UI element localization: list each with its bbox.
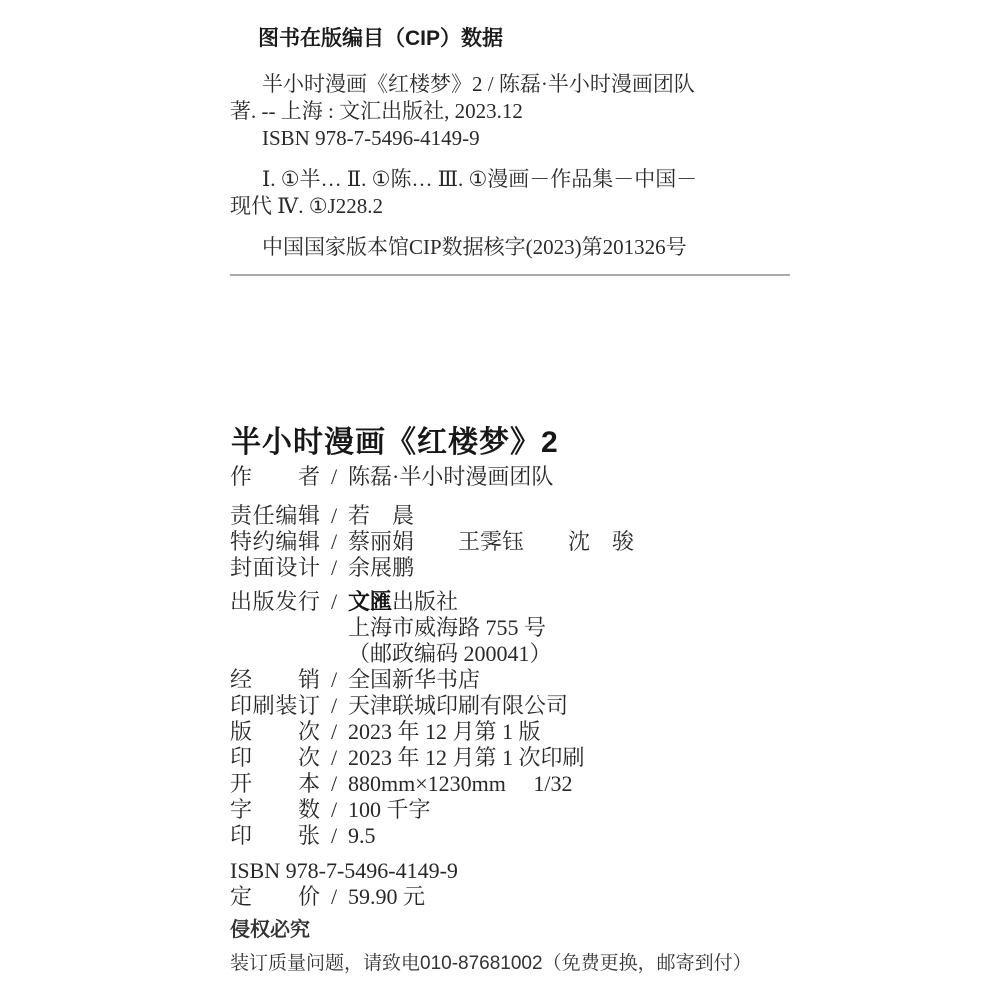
- copyright-page: 图书在版编目（CIP）数据 半小时漫画《红楼梦》2 / 陈磊·半小时漫画团队 著…: [0, 0, 1000, 1000]
- colophon-row-address: 上海市威海路 755 号: [230, 615, 850, 641]
- row-separator: [320, 641, 348, 667]
- cip-header: 图书在版编目（CIP）数据: [230, 26, 794, 52]
- row-label: [230, 641, 320, 667]
- colophon-row-postcode: （邮政编码 200041）: [230, 641, 850, 667]
- row-value: （邮政编码 200041）: [348, 641, 552, 667]
- row-label: 定 价: [230, 884, 320, 910]
- colophon-row-price: 定 价 / 59.90 元: [230, 884, 850, 910]
- copyright-notice: 侵权必究 装订质量问题，请致电010-87681002（免费更换，邮寄到付）: [230, 919, 752, 975]
- cip-classification-line-2: 现代 Ⅳ. ①J228.2: [230, 193, 794, 220]
- colophon-row-impression: 印 次 / 2023 年 12 月第 1 次印刷: [230, 745, 850, 771]
- colophon-row-format: 开 本 / 880mm×1230mm 1/32: [230, 771, 850, 797]
- row-separator: /: [320, 745, 348, 771]
- notice-title: 侵权必究: [230, 919, 752, 941]
- colophon-row-printing: 印刷装订 / 天津联城印刷有限公司: [230, 693, 850, 719]
- row-separator: /: [320, 503, 348, 529]
- row-label: 印刷装订: [230, 693, 320, 719]
- colophon-block: 作 者 / 陈磊·半小时漫画团队 责任编辑 / 若 晨 特约编辑 / 蔡丽娟 王…: [230, 464, 850, 910]
- row-label: 出版发行: [230, 589, 320, 615]
- row-value: 陈磊·半小时漫画团队: [348, 464, 553, 490]
- row-value: 蔡丽娟 王霁钰 沈 骏: [348, 529, 634, 555]
- row-label: 开 本: [230, 771, 320, 797]
- cip-block: 图书在版编目（CIP）数据 半小时漫画《红楼梦》2 / 陈磊·半小时漫画团队 著…: [230, 26, 794, 261]
- colophon-row-publisher: 出版发行 / 文匯出版社: [230, 589, 850, 615]
- row-value: 59.90 元: [348, 884, 425, 910]
- row-value: 上海市威海路 755 号: [348, 615, 546, 641]
- row-value: 天津联城印刷有限公司: [348, 693, 568, 719]
- row-label: 印 张: [230, 823, 320, 849]
- colophon-row-word-count: 字 数 / 100 千字: [230, 797, 850, 823]
- colophon-row-cover-design: 封面设计 / 余展鹏: [230, 555, 850, 581]
- row-separator: [320, 615, 348, 641]
- row-label: 责任编辑: [230, 503, 320, 529]
- row-separator: /: [320, 823, 348, 849]
- isbn-line: ISBN 978-7-5496-4149-9: [230, 858, 850, 884]
- row-label: 经 销: [230, 667, 320, 693]
- row-value: 880mm×1230mm 1/32: [348, 771, 572, 797]
- cip-register-number: 中国国家版本馆CIP数据核字(2023)第201326号: [230, 234, 794, 261]
- colophon-row-edition: 版 次 / 2023 年 12 月第 1 版: [230, 719, 850, 745]
- row-separator: /: [320, 529, 348, 555]
- row-separator: /: [320, 719, 348, 745]
- cip-record-line-1: 半小时漫画《红楼梦》2 / 陈磊·半小时漫画团队: [230, 71, 794, 98]
- row-label: 特约编辑: [230, 529, 320, 555]
- row-separator: /: [320, 797, 348, 823]
- colophon-row-sheets: 印 张 / 9.5: [230, 823, 850, 849]
- cip-record-isbn: ISBN 978-7-5496-4149-9: [230, 125, 794, 152]
- colophon-row-author: 作 者 / 陈磊·半小时漫画团队: [230, 464, 850, 490]
- row-value: 全国新华书店: [348, 667, 480, 693]
- row-value: 若 晨: [348, 503, 414, 529]
- colophon-row-editor: 责任编辑 / 若 晨: [230, 503, 850, 529]
- row-value: 2023 年 12 月第 1 版: [348, 719, 541, 745]
- horizontal-divider: [230, 274, 790, 276]
- publisher-logo-text: 文匯: [348, 589, 392, 614]
- cip-classification-line-1: Ⅰ. ①半… Ⅱ. ①陈… Ⅲ. ①漫画－作品集－中国－: [230, 166, 794, 193]
- row-value: 100 千字: [348, 797, 431, 823]
- row-label: 版 次: [230, 719, 320, 745]
- row-label: 印 次: [230, 745, 320, 771]
- publisher-suffix: 出版社: [392, 589, 458, 614]
- row-separator: /: [320, 464, 348, 490]
- colophon-row-distribution: 经 销 / 全国新华书店: [230, 667, 850, 693]
- publisher-name: 文匯出版社: [348, 589, 458, 615]
- book-title: 半小时漫画《红楼梦》2: [231, 417, 559, 461]
- row-value: 9.5: [348, 823, 376, 849]
- row-separator: /: [320, 693, 348, 719]
- row-separator: /: [320, 555, 348, 581]
- row-label: 字 数: [230, 797, 320, 823]
- row-separator: /: [320, 884, 348, 910]
- row-label: 封面设计: [230, 555, 320, 581]
- row-label: [230, 615, 320, 641]
- notice-text: 装订质量问题，请致电010-87681002（免费更换，邮寄到付）: [230, 948, 752, 975]
- colophon-row-special-editors: 特约编辑 / 蔡丽娟 王霁钰 沈 骏: [230, 529, 850, 555]
- row-value: 2023 年 12 月第 1 次印刷: [348, 745, 585, 771]
- row-separator: /: [320, 771, 348, 797]
- row-value: 余展鹏: [348, 555, 414, 581]
- row-label: 作 者: [230, 464, 320, 490]
- cip-record-line-2: 著. -- 上海 : 文汇出版社, 2023.12: [230, 98, 794, 125]
- row-separator: /: [320, 667, 348, 693]
- row-separator: /: [320, 589, 348, 615]
